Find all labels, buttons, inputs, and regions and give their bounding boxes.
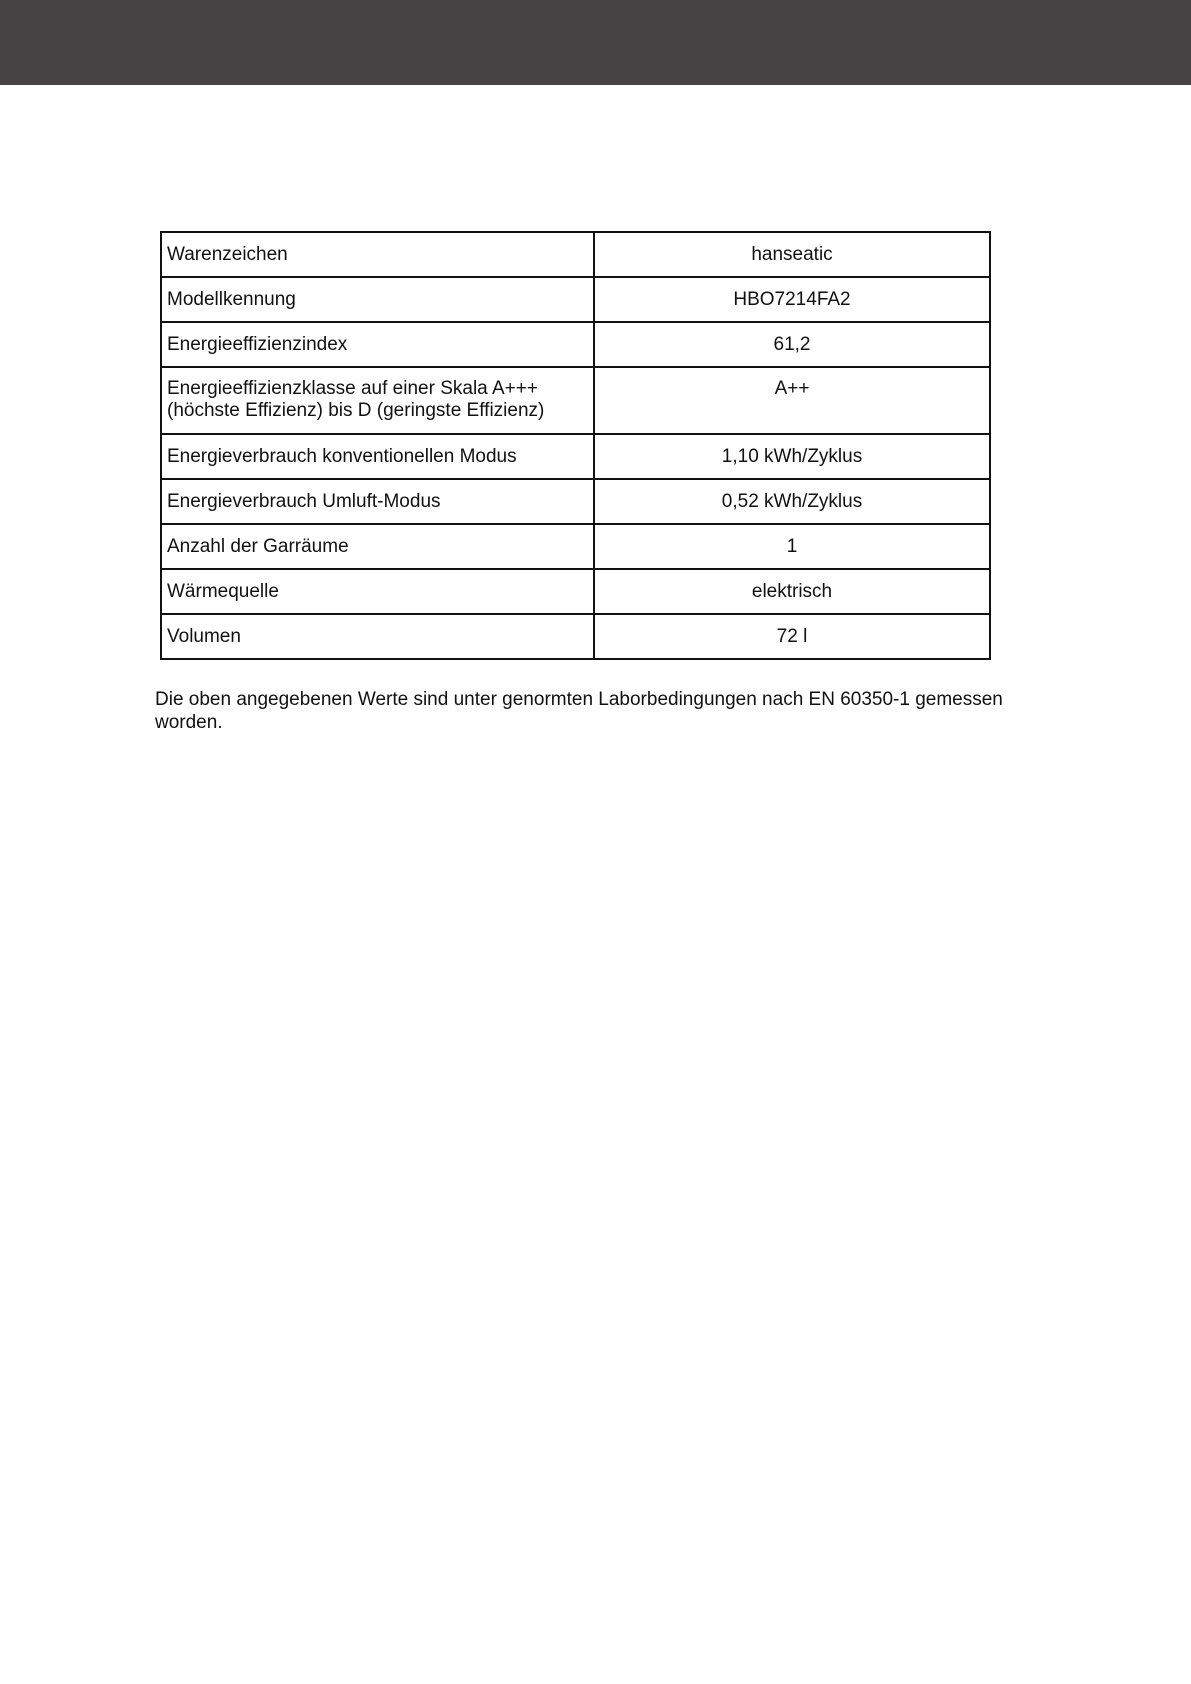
spec-value-efficiency-index: 61,2 <box>594 322 990 367</box>
spec-value-heat-source: elektrisch <box>594 569 990 614</box>
table-row: Anzahl der Garräume 1 <box>161 524 990 569</box>
spec-value-consumption-fan: 0,52 kWh/Zyklus <box>594 479 990 524</box>
table-row: Energieeffizienzklasse auf einer Skala A… <box>161 367 990 434</box>
spec-label-efficiency-class: Energieeffizienzklasse auf einer Skala A… <box>161 367 594 434</box>
spec-value-brand: hanseatic <box>594 232 990 277</box>
spec-value-efficiency-class: A++ <box>594 367 990 434</box>
table-row: Energieverbrauch konventionellen Modus 1… <box>161 434 990 479</box>
spec-value-cavities: 1 <box>594 524 990 569</box>
header-bar <box>0 0 1191 85</box>
spec-label-cavities: Anzahl der Garräume <box>161 524 594 569</box>
product-spec-table: Warenzeichen hanseatic Modellkennung HBO… <box>160 231 991 660</box>
table-row: Wärmequelle elektrisch <box>161 569 990 614</box>
table-row: Modellkennung HBO7214FA2 <box>161 277 990 322</box>
table-row: Energieeffizienzindex 61,2 <box>161 322 990 367</box>
spec-label-model: Modellkennung <box>161 277 594 322</box>
spec-value-consumption-conventional: 1,10 kWh/Zyklus <box>594 434 990 479</box>
spec-label-heat-source: Wärmequelle <box>161 569 594 614</box>
spec-label-brand: Warenzeichen <box>161 232 594 277</box>
spec-label-efficiency-index: Energieeffizienzindex <box>161 322 594 367</box>
spec-value-model: HBO7214FA2 <box>594 277 990 322</box>
measurement-footnote: Die oben angegebenen Werte sind unter ge… <box>155 688 1005 734</box>
spec-label-consumption-fan: Energieverbrauch Umluft-Modus <box>161 479 594 524</box>
spec-label-consumption-conventional: Energieverbrauch konventionellen Modus <box>161 434 594 479</box>
table-row: Volumen 72 l <box>161 614 990 659</box>
spec-label-volume: Volumen <box>161 614 594 659</box>
table-row: Warenzeichen hanseatic <box>161 232 990 277</box>
spec-value-volume: 72 l <box>594 614 990 659</box>
table-row: Energieverbrauch Umluft-Modus 0,52 kWh/Z… <box>161 479 990 524</box>
